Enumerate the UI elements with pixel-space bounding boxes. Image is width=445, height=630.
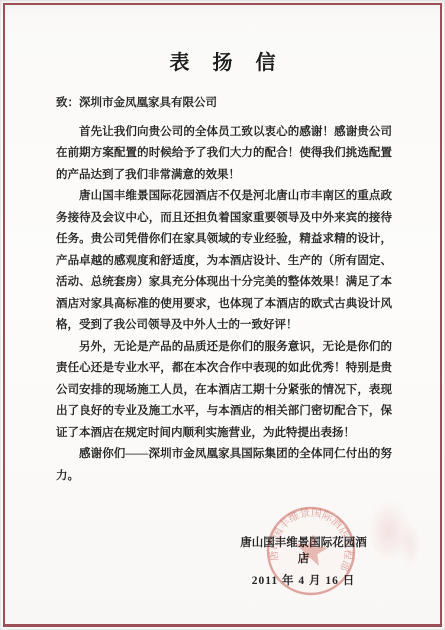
signature-date: 2011 年 4 月 16 日 [236,572,371,588]
letter-content: 表 扬 信 致：深圳市金凤凰家具有限公司 首先让我们向贵公司的全体员工致以衷心的… [6,6,439,624]
letter-title: 表 扬 信 [6,46,439,75]
paragraph-1: 首先让我们向贵公司的全体员工致以衷心的感谢！感谢贵公司在前期方案配置的时候给予了… [56,122,392,187]
letter-body: 致：深圳市金凤凰家具有限公司 首先让我们向贵公司的全体员工致以衷心的感谢！感谢贵… [56,93,392,487]
signature-company: 唐山国丰维景国际花园酒店 [236,534,371,566]
paragraph-4: 感谢你们——深圳市金凤凰家具国际集团的全体同仁付出的努力。 [56,444,392,487]
salutation-line: 致：深圳市金凤凰家具有限公司 [56,93,392,115]
paragraph-2: 唐山国丰维景国际花园酒店不仅是河北唐山市丰南区的重点政务接待及会议中心，而且还担… [56,186,392,337]
signature-block: 唐山国丰维景国际花园酒店 2011 年 4 月 16 日 [236,534,371,588]
scanned-letter-page: 表 扬 信 致：深圳市金凤凰家具有限公司 首先让我们向贵公司的全体员工致以衷心的… [0,0,445,630]
paragraph-3: 另外，无论是产品的品质还是你们的服务意识，无论是你们的责任心还是专业水平，都在本… [56,337,392,445]
